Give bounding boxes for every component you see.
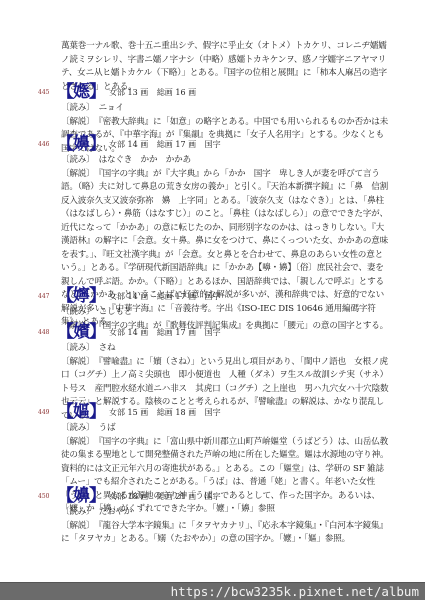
entry-body: 〔読み〕たおやか 〔解説〕『龍谷大学本字鏡集』に「タヲヤカナリ」、『応永本字鏡集… xyxy=(61,506,391,547)
entry-number: 445 xyxy=(38,89,54,96)
total-strokes: 総画 16 画 xyxy=(157,88,196,97)
entry-headword: 【嬣】 xyxy=(57,286,105,306)
entry-headword: 【嫕】 xyxy=(57,82,105,102)
entry-stroke-info: 女部 13 画 総画 16 画 xyxy=(109,87,202,98)
dictionary-entry: 450 【嬶】 女部 18 画 総画 21 画 国字 〔読み〕たおやか 〔解説〕… xyxy=(38,486,398,547)
entry-header: 450 【嬶】 女部 18 画 総画 21 画 国字 xyxy=(38,486,398,506)
entry-headword: 【嬶】 xyxy=(57,134,105,154)
radical-strokes: 女部 18 画 xyxy=(109,492,148,501)
entry-stroke-info: 女部 14 画 総画 17 画 国字 xyxy=(109,327,227,338)
total-strokes: 総画 21 画 xyxy=(157,492,196,501)
radical-strokes: 女部 14 画 xyxy=(109,140,148,149)
entry-reading: 〔読み〕こしもと xyxy=(61,306,391,320)
total-strokes: 総画 17 画 xyxy=(157,292,196,301)
entry-headword: 【嬶】 xyxy=(57,486,105,506)
entry-header: 445 【嫕】 女部 13 画 総画 16 画 xyxy=(38,82,398,102)
kokuji-label: 国字 xyxy=(205,492,221,501)
entry-reading: 〔読み〕ニョイ xyxy=(61,102,391,116)
entry-reading: 〔読み〕うば xyxy=(61,422,391,436)
entry-number: 447 xyxy=(38,293,54,300)
entry-header: 447 【嬣】 女部 14 画 総画 17 画 国字 xyxy=(38,286,398,306)
kokuji-label: 国字 xyxy=(205,140,221,149)
entry-stroke-info: 女部 14 画 総画 17 画 国字 xyxy=(109,291,227,302)
radical-strokes: 女部 13 画 xyxy=(109,88,148,97)
entry-number: 446 xyxy=(38,141,54,148)
kokuji-label: 国字 xyxy=(205,292,221,301)
entry-number: 450 xyxy=(38,493,54,500)
kokuji-label: 国字 xyxy=(205,408,221,417)
entry-reading: 〔読み〕さね xyxy=(61,342,391,356)
watermark-bar: https://bcw3235k.pixnet.net/album xyxy=(0,582,425,600)
radical-strokes: 女部 15 画 xyxy=(109,408,148,417)
entry-number: 449 xyxy=(38,409,54,416)
entry-commentary: 〔解説〕『龍谷大学本字鏡集』に「タヲヤカナリ」、『応永本字鏡集』・『白河本字鏡集… xyxy=(61,520,391,547)
entry-header: 448 【嬪】 女部 14 画 総画 17 画 国字 xyxy=(38,322,398,342)
radical-strokes: 女部 14 画 xyxy=(109,292,148,301)
entry-reading: 〔読み〕たおやか xyxy=(61,506,391,520)
entry-headword: 【嬪】 xyxy=(57,322,105,342)
entry-reading: 〔読み〕はなぐき かか かかあ xyxy=(61,154,391,168)
entry-header: 449 【嫗】 女部 15 画 総画 18 画 国字 xyxy=(38,402,398,422)
entry-stroke-info: 女部 18 画 総画 21 画 国字 xyxy=(109,491,227,502)
kokuji-label: 国字 xyxy=(205,328,221,337)
entry-headword: 【嫗】 xyxy=(57,402,105,422)
total-strokes: 総画 18 画 xyxy=(157,408,196,417)
total-strokes: 総画 17 画 xyxy=(157,140,196,149)
radical-strokes: 女部 14 画 xyxy=(109,328,148,337)
entry-stroke-info: 女部 15 画 総画 18 画 国字 xyxy=(109,407,227,418)
entry-number: 448 xyxy=(38,329,54,336)
entry-stroke-info: 女部 14 画 総画 17 画 国字 xyxy=(109,139,227,150)
watermark-url: https://bcw3235k.pixnet.net/album xyxy=(171,583,419,600)
entry-header: 446 【嬶】 女部 14 画 総画 17 画 国字 xyxy=(38,134,398,154)
total-strokes: 総画 17 画 xyxy=(157,328,196,337)
dictionary-page: 萬葉巻一ナル歌、巻十五ニ重出シテ、假字に乎止女（オトメ）トカケリ、コレニヂ嬬嬬ノ… xyxy=(0,0,425,570)
